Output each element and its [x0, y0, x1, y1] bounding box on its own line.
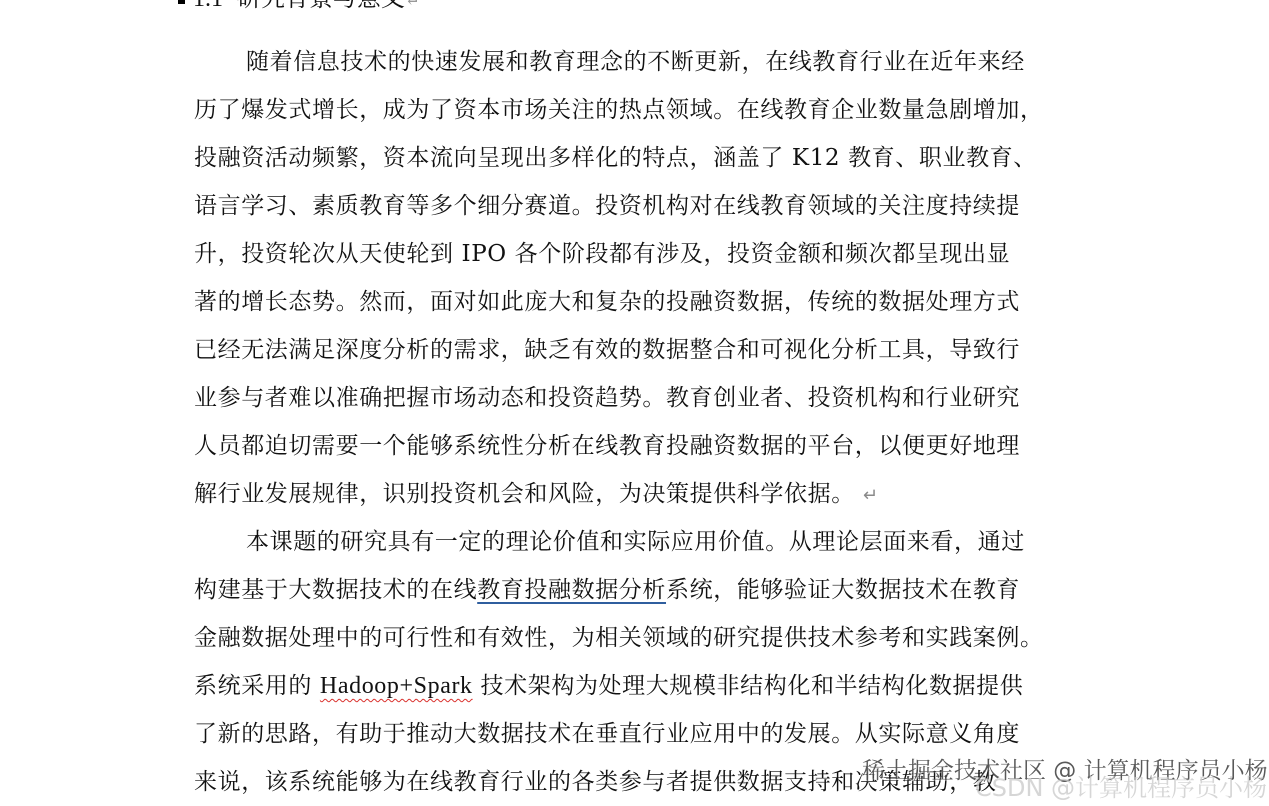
text-line: 来说，该系统能够为在线教育行业的各类参与者提供数据支持和决策辅助，教 — [194, 758, 1099, 806]
text-line: 投融资活动频繁，资本流向呈现出多样化的特点，涵盖了 K12 教育、职业教育、 — [194, 134, 1099, 182]
text-line: 历了爆发式增长，成为了资本市场关注的热点领域。在线教育企业数量急剧增加， — [194, 86, 1099, 134]
text-line: 系统采用的 Hadoop+Spark 技术架构为处理大规模非结构化和半结构化数据… — [194, 662, 1099, 710]
text-line: 本课题的研究具有一定的理论价值和实际应用价值。从理论层面来看，通过 — [194, 518, 1099, 566]
paragraph-mark-icon: ↵ — [405, 0, 420, 11]
text-span: 系统采用的 — [194, 673, 320, 699]
paragraph-mark-icon: ↵ — [863, 485, 879, 506]
heading-title: 研究背景与意义 — [237, 0, 405, 12]
text-line: 人员都迫切需要一个能够系统性分析在线教育投融资数据的平台，以便更好地理 — [194, 422, 1099, 470]
heading-bullet-icon — [178, 0, 185, 4]
text-line: 著的增长态势。然而，面对如此庞大和复杂的投融资数据，传统的数据处理方式 — [194, 278, 1099, 326]
spellcheck-flagged-term[interactable]: Hadoop+Spark — [320, 673, 473, 699]
heading-number: 1.1 — [193, 0, 223, 12]
section-heading: 1.1研究背景与意义↵ — [178, 0, 420, 10]
text-span: 系统，能够验证大数据技术在教育 — [666, 577, 1020, 603]
text-line: 已经无法满足深度分析的需求，缺乏有效的数据整合和可视化分析工具，导致行 — [194, 326, 1099, 374]
paragraph-background: 随着信息技术的快速发展和教育理念的不断更新，在线教育行业在近年来经 历了爆发式增… — [194, 38, 1099, 518]
text-line: 了新的思路，有助于推动大数据技术在垂直行业应用中的发展。从实际意义角度 — [194, 710, 1099, 758]
text-line: 业参与者难以准确把握市场动态和投资趋势。教育创业者、投资机构和行业研究 — [194, 374, 1099, 422]
text-line: 解行业发展规律，识别投资机会和风险，为决策提供科学依据。↵ — [194, 470, 1099, 518]
text-line: 随着信息技术的快速发展和教育理念的不断更新，在线教育行业在近年来经 — [194, 38, 1099, 86]
underlined-system-name[interactable]: 教育投融数据分析 — [477, 577, 666, 603]
text-span: 技术架构为处理大规模非结构化和半结构化数据提供 — [473, 673, 1024, 699]
text-span: 构建基于大数据技术的在线 — [194, 577, 477, 603]
paragraph-significance: 本课题的研究具有一定的理论价值和实际应用价值。从理论层面来看，通过 构建基于大数… — [194, 518, 1099, 806]
text-line: 升，投资轮次从天使轮到 IPO 各个阶段都有涉及，投资金额和频次都呈现出显 — [194, 230, 1099, 278]
text-line: 语言学习、素质教育等多个细分赛道。投资机构对在线教育领域的关注度持续提 — [194, 182, 1099, 230]
text-line: 金融数据处理中的可行性和有效性，为相关领域的研究提供技术参考和实践案例。 — [194, 614, 1099, 662]
text-span: 解行业发展规律，识别投资机会和风险，为决策提供科学依据。 — [194, 481, 855, 507]
document-body[interactable]: 随着信息技术的快速发展和教育理念的不断更新，在线教育行业在近年来经 历了爆发式增… — [194, 38, 1099, 806]
text-line: 构建基于大数据技术的在线教育投融数据分析系统，能够验证大数据技术在教育 — [194, 566, 1099, 614]
